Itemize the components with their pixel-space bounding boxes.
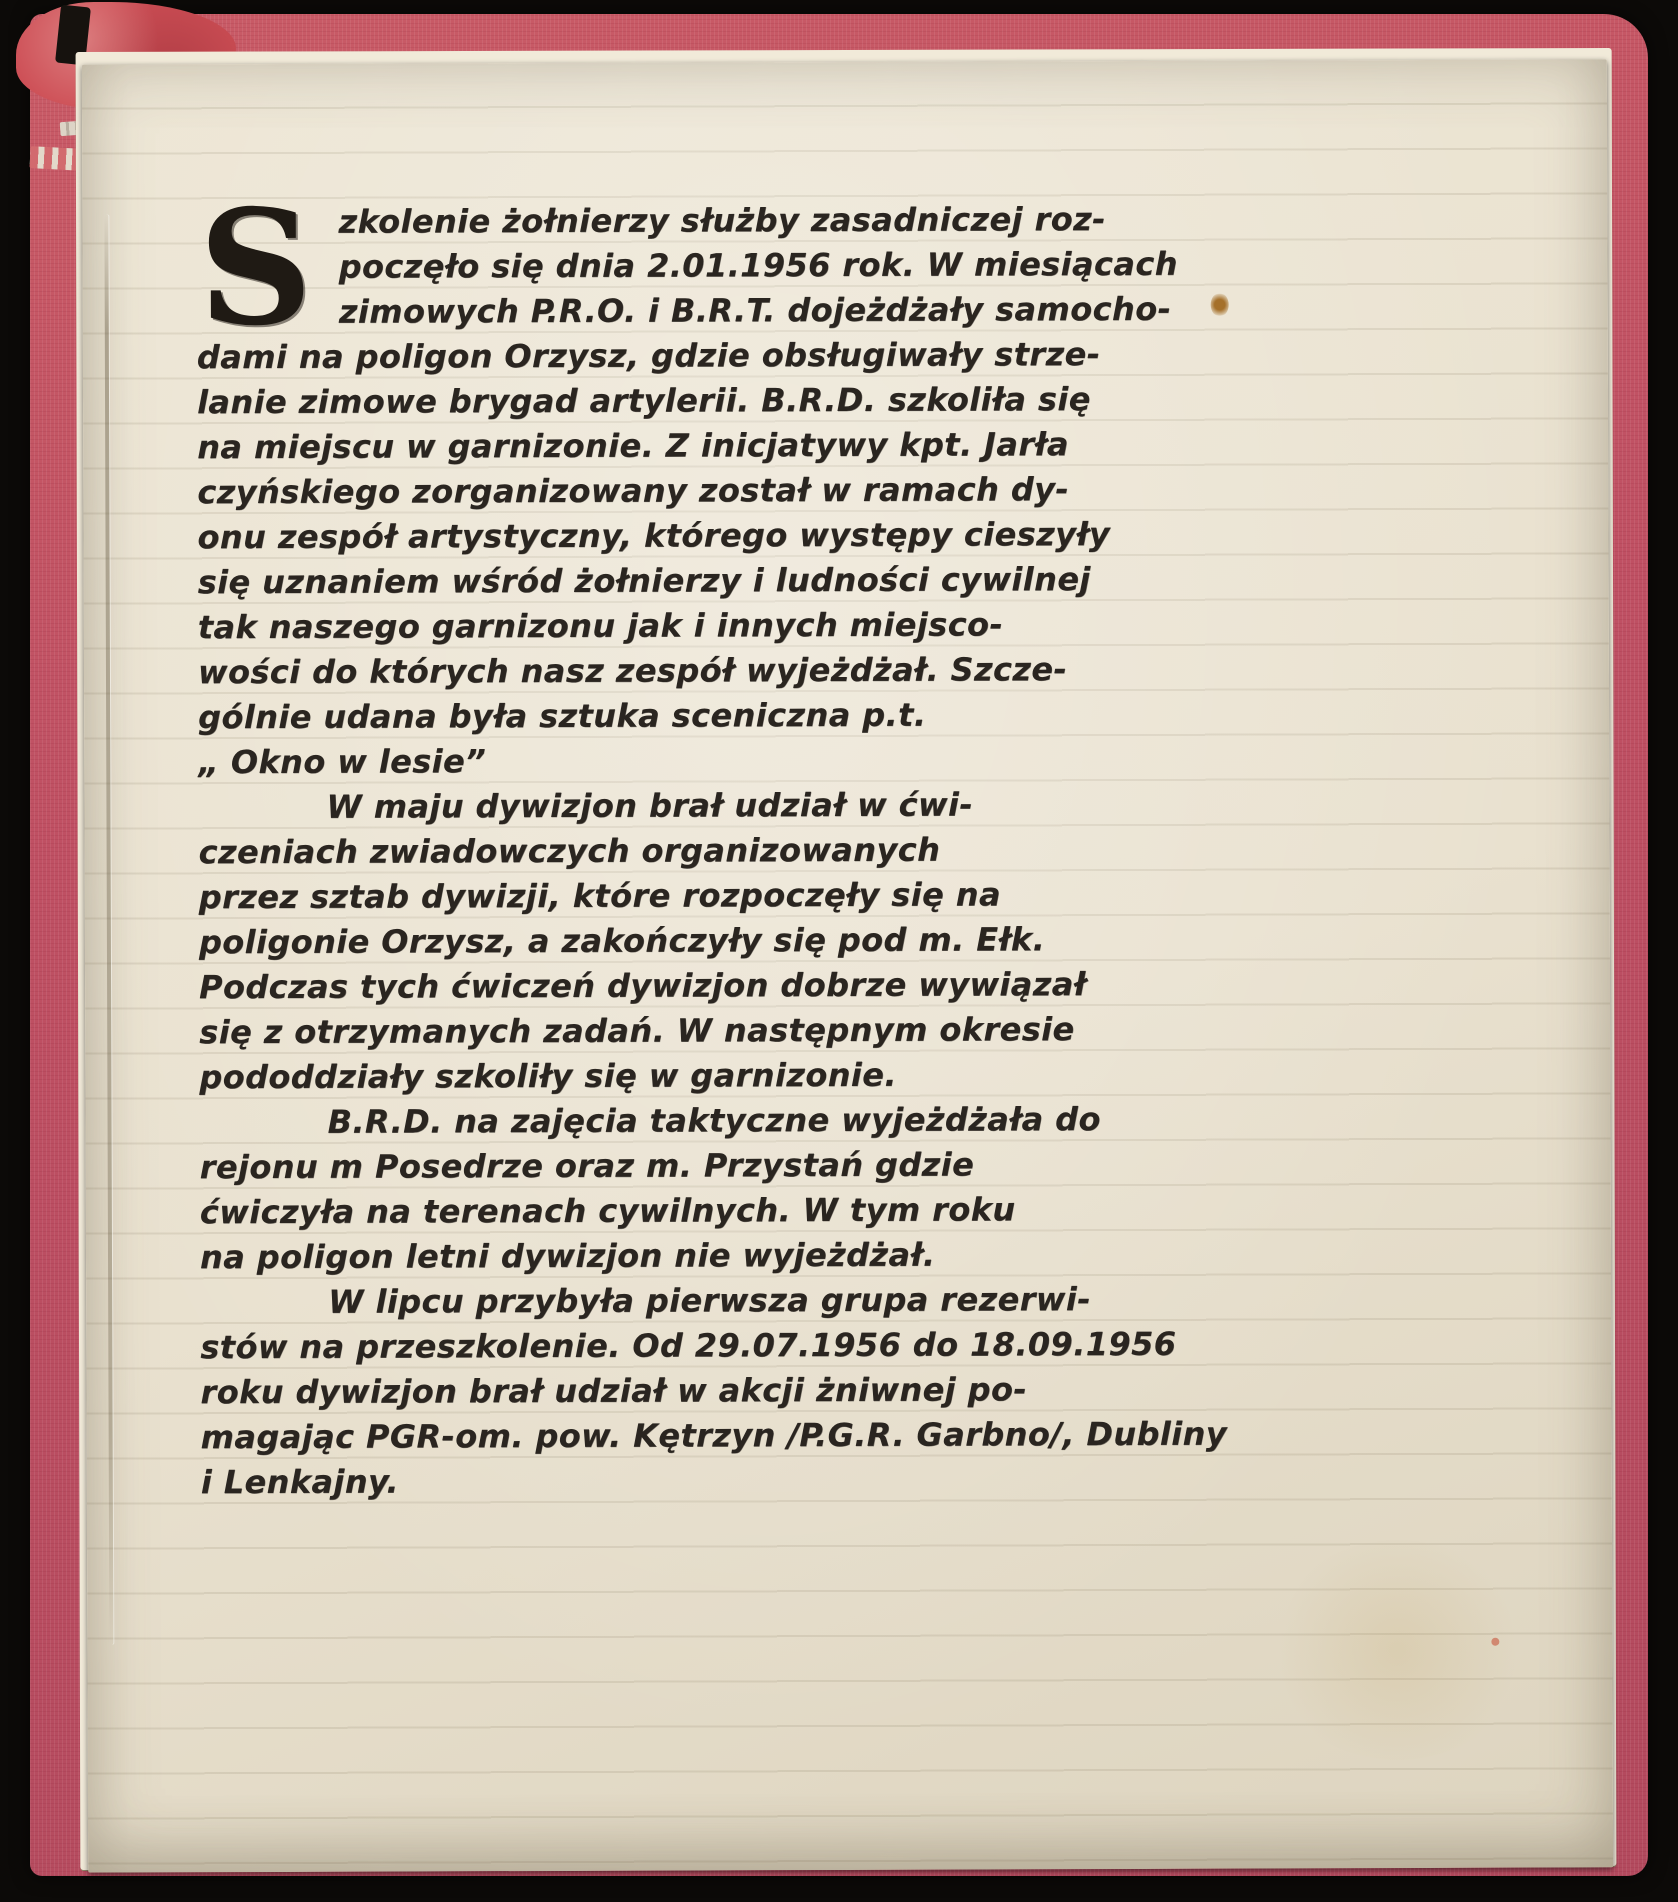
handwritten-line: czeniach zwiadowczych organizowanych	[199, 827, 1239, 876]
handwritten-line: przez sztab dywizji, które rozpoczęły si…	[199, 872, 1239, 921]
handwritten-line: gólnie udana była sztuka sceniczna p.t.	[198, 692, 1238, 741]
handwritten-line: poczęło się dnia 2.01.1956 rok. W miesią…	[196, 242, 1236, 291]
handwritten-line: dami na poligon Orzysz, gdzie obsługiwał…	[197, 332, 1237, 381]
handwritten-line: się uznaniem wśród żołnierzy i ludności …	[198, 557, 1238, 606]
drop-cap-letter: S	[198, 206, 313, 333]
handwritten-line: czyńskiego zorganizowany został w ramach…	[197, 467, 1237, 516]
handwritten-line: na poligon letni dywizjon nie wyjeżdżał.	[200, 1232, 1240, 1281]
handwritten-line: „ Okno w lesie”	[198, 737, 1238, 786]
handwritten-line: wości do których nasz zespół wyjeżdżał. …	[198, 647, 1238, 696]
handwritten-line: W maju dywizjon brał udział w ćwi-	[198, 782, 1238, 831]
handwritten-line: magając PGR-om. pow. Kętrzyn /P.G.R. Gar…	[201, 1412, 1241, 1461]
handwritten-line: pododdziały szkoliły się w garnizonie.	[199, 1052, 1239, 1101]
handwritten-line: zkolenie żołnierzy służby zasadniczej ro…	[196, 197, 1236, 246]
handwritten-line: się z otrzymanych zadań. W następnym okr…	[199, 1007, 1239, 1056]
handwritten-line: i Lenkajny.	[201, 1457, 1241, 1506]
handwritten-line: poligonie Orzysz, a zakończyły się pod m…	[199, 917, 1239, 966]
handwritten-line: onu zespół artystyczny, którego występy …	[197, 512, 1237, 561]
chronicle-page: S zkolenie żołnierzy służby zasadniczej …	[82, 59, 1613, 1872]
page-crease	[104, 215, 113, 1645]
red-fiber-speck	[1491, 1638, 1499, 1646]
handwritten-text-block: S zkolenie żołnierzy służby zasadniczej …	[196, 197, 1241, 1506]
paper-discoloration	[1267, 1540, 1528, 1761]
handwritten-line: B.R.D. na zajęcia taktyczne wyjeżdżała d…	[199, 1097, 1239, 1146]
handwritten-line: zimowych P.R.O. i B.R.T. dojeżdżały samo…	[197, 287, 1237, 336]
handwritten-line: lanie zimowe brygad artylerii. B.R.D. sz…	[197, 377, 1237, 426]
handwritten-line: rejonu m Posedrze oraz m. Przystań gdzie	[200, 1142, 1240, 1191]
scanned-photo-background: S zkolenie żołnierzy służby zasadniczej …	[0, 0, 1678, 1902]
handwritten-line: tak naszego garnizonu jak i innych miejs…	[198, 602, 1238, 651]
handwritten-line: Podczas tych ćwiczeń dywizjon dobrze wyw…	[199, 962, 1239, 1011]
handwritten-line: na miejscu w garnizonie. Z inicjatywy kp…	[197, 422, 1237, 471]
handwritten-line: ćwiczyła na terenach cywilnych. W tym ro…	[200, 1187, 1240, 1236]
handwritten-line: roku dywizjon brał udział w akcji żniwne…	[200, 1367, 1240, 1416]
handwritten-line: stów na przeszkolenie. Od 29.07.1956 do …	[200, 1322, 1240, 1371]
handwritten-line: W lipcu przybyła pierwsza grupa rezerwi-	[200, 1277, 1240, 1326]
